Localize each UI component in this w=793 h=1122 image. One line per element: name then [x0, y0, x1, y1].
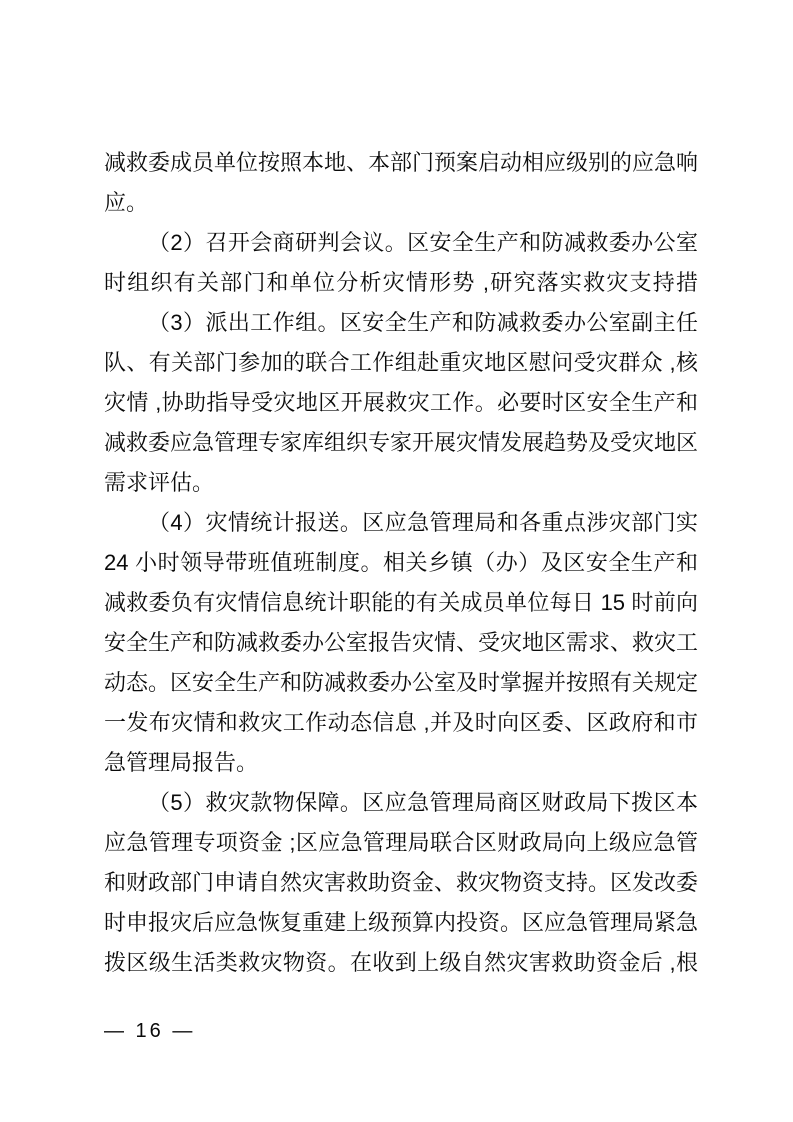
text-line: 和财政部门申请自然灾害救助资金、救灾物资支持。区发改委及 [104, 863, 698, 903]
text-line: 一发布灾情和救灾工作动态信息 ,并及时向区委、区政府和市应 [104, 703, 698, 743]
text-line: 减救委应急管理专家库组织专家开展灾情发展趋势及受灾地区 [104, 423, 698, 463]
text-line: 24 小时领导带班值班制度。相关乡镇（办）及区安全生产和防 [104, 543, 698, 583]
text-line: 应。 [104, 183, 698, 223]
text-line: 安全生产和防减救委办公室报告灾情、受灾地区需求、救灾工作 [104, 623, 698, 663]
text-line: （3）派出工作组。区安全生产和防减救委办公室副主任带 [104, 303, 698, 343]
document-body: 减救委成员单位按照本地、本部门预案启动相应级别的应急响 应。 （2）召开会商研判… [104, 143, 698, 983]
text-line: 减救委成员单位按照本地、本部门预案启动相应级别的应急响 [104, 143, 698, 183]
text-line: （2）召开会商研判会议。区安全生产和防减救委办公室及 [104, 223, 698, 263]
text-line: 灾情 ,协助指导受灾地区开展救灾工作。必要时区安全生产和防 [104, 383, 698, 423]
text-line: 减救委负有灾情信息统计职能的有关成员单位每日 15 时前向区 [104, 583, 698, 623]
text-line: 拨区级生活类救灾物资。在收到上级自然灾害救助资金后 ,根据 [104, 943, 698, 983]
text-line: 需求评估。 [104, 463, 698, 503]
text-line: 时申报灾后应急恢复重建上级预算内投资。区应急管理局紧急调 [104, 903, 698, 943]
document-page: 减救委成员单位按照本地、本部门预案启动相应级别的应急响 应。 （2）召开会商研判… [0, 0, 793, 1122]
page-number: — 16 — [104, 1018, 195, 1044]
text-line: 动态。区安全生产和防减救委办公室及时掌握并按照有关规定统 [104, 663, 698, 703]
text-line: 应急管理专项资金 ;区应急管理局联合区财政局向上级应急管理 [104, 823, 698, 863]
text-line: （4）灾情统计报送。区应急管理局和各重点涉灾部门实行 [104, 503, 698, 543]
text-line: （5）救灾款物保障。区应急管理局商区财政局下拨区本级 [104, 783, 698, 823]
text-line: 急管理局报告。 [104, 743, 698, 783]
text-line: 队、有关部门参加的联合工作组赴重灾地区慰问受灾群众 ,核查 [104, 343, 698, 383]
text-line: 时组织有关部门和单位分析灾情形势 ,研究落实救灾支持措施。 [104, 263, 698, 303]
